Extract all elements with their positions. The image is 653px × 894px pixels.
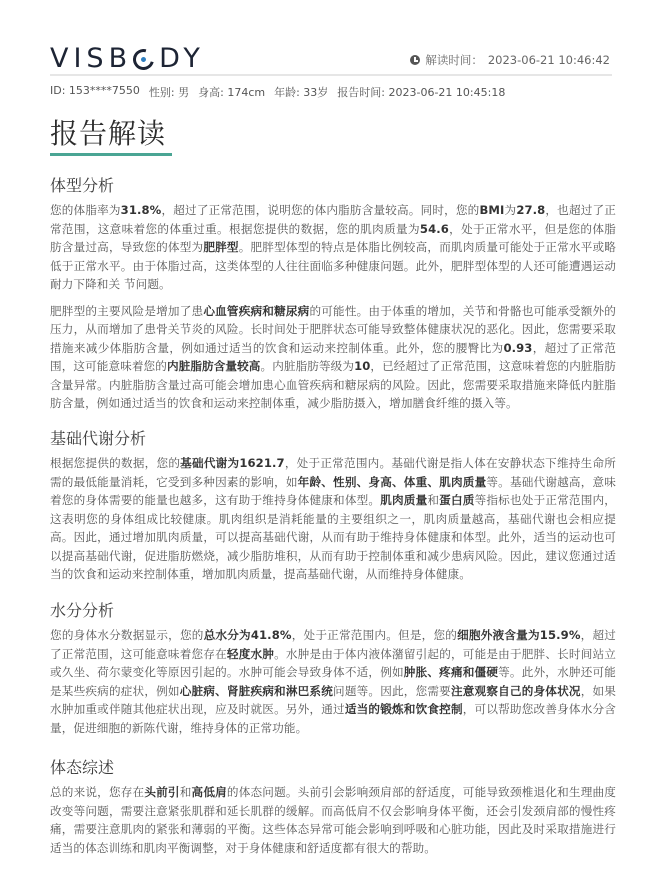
section-heading: 基础代谢分析 (50, 428, 616, 450)
logo-o-mark-icon (129, 45, 158, 74)
paragraph: 总的来说，您存在头前引和高低肩的体态问题。头前引会影响颈肩部的舒适度，可能导致颈… (50, 783, 616, 857)
highlight-text: 心血管疾病和糖尿病 (203, 304, 309, 318)
highlight-text: 轻度水肿 (227, 647, 274, 661)
user-age: 年龄: 33岁 (274, 84, 328, 100)
section-heading: 体态综述 (50, 757, 616, 779)
highlight-text: 适当的锻炼和饮食控制 (345, 702, 463, 716)
read-time-label: 解读时间： (425, 52, 483, 68)
logo-text-right: DY (159, 44, 205, 74)
highlight-text: 0.93 (503, 341, 532, 355)
visbody-logo: VISBDY (50, 44, 205, 74)
page-title-block: 报告解读 (50, 116, 172, 156)
user-gender: 性别: 男 (149, 84, 189, 100)
paragraph: 肥胖型的主要风险是增加了患心血管疾病和糖尿病的可能性。由于体重的增加，关节和骨骼… (50, 302, 616, 413)
highlight-text: BMI (479, 203, 504, 217)
highlight-text: 头前引 (144, 785, 179, 799)
section-heading: 水分分析 (50, 600, 616, 622)
highlight-text: 肿胀、疼痛和僵硬 (404, 665, 498, 679)
report-time: 报告时间: 2023-06-21 10:45:18 (337, 84, 505, 100)
user-meta: ID: 153****7550 性别: 男 身高: 174cm 年龄: 33岁 … (50, 84, 505, 100)
highlight-text: 肌肉质量 (380, 493, 427, 507)
header-divider (50, 74, 612, 76)
body-text: 您的体脂率为 (50, 203, 121, 217)
user-id: ID: 153****7550 (50, 84, 140, 100)
section-bmr: 基础代谢分析 根据您提供的数据，您的基础代谢为1621.7，处于正常范围内。基础… (50, 428, 616, 584)
body-text: 。内脏脂肪等级为 (261, 359, 355, 373)
highlight-text: 肥胖型 (203, 240, 238, 254)
body-text: ，超过了正常范围，说明您的体内脂肪含量较高。同时，您的 (161, 203, 479, 217)
user-height: 身高: 174cm (198, 84, 265, 100)
highlight-text: 内脏脂肪含量较高 (167, 359, 261, 373)
body-text: 肥胖型的主要风险是增加了患 (50, 304, 203, 318)
page-title: 报告解读 (50, 116, 172, 152)
body-text: 为 (504, 203, 516, 217)
highlight-text: 细胞外液含量为15.9% (457, 628, 580, 642)
highlight-text: 心脏病、肾脏疾病和淋巴系统 (180, 684, 333, 698)
paragraph: 您的身体水分数据显示，您的总水分为41.8%，处于正常范围内。但是，您的细胞外液… (50, 626, 616, 737)
paragraph: 根据您提供的数据，您的基础代谢为1621.7，处于正常范围内。基础代谢是指人体在… (50, 454, 616, 584)
body-text: 根据您提供的数据，您的 (50, 456, 180, 470)
read-time: 解读时间： 2023-06-21 10:46:42 (410, 52, 610, 68)
highlight-text: 10 (354, 359, 370, 373)
logo-text-left: VISB (50, 44, 132, 74)
report-header: VISBDY 解读时间： 2023-06-21 10:46:42 (50, 44, 610, 74)
highlight-text: 31.8% (121, 203, 162, 217)
highlight-text: 基础代谢为1621.7 (180, 456, 285, 470)
body-text: 总的来说，您存在 (50, 785, 144, 799)
body-text: 您的身体水分数据显示，您的 (50, 628, 204, 642)
title-underline (50, 153, 172, 156)
read-time-value: 2023-06-21 10:46:42 (488, 53, 610, 67)
highlight-text: 高低肩 (192, 785, 227, 799)
section-heading: 体型分析 (50, 175, 616, 197)
body-text: ，处于正常范围内。但是，您的 (292, 628, 458, 642)
highlight-text: 注意观察自己的身体状况 (451, 684, 581, 698)
highlight-text: 蛋白质 (439, 493, 474, 507)
highlight-text: 年龄、性别、身高、体重、肌肉质量 (298, 475, 487, 489)
section-water: 水分分析 您的身体水分数据显示，您的总水分为41.8%，处于正常范围内。但是，您… (50, 600, 616, 737)
body-text: 和 (180, 785, 192, 799)
section-posture: 体态综述 总的来说，您存在头前引和高低肩的体态问题。头前引会影响颈肩部的舒适度，… (50, 757, 616, 857)
highlight-text: 27.8 (516, 203, 545, 217)
paragraph: 您的体脂率为31.8%，超过了正常范围，说明您的体内脂肪含量较高。同时，您的BM… (50, 201, 616, 294)
clock-icon (410, 55, 420, 65)
body-text: 和 (427, 493, 439, 507)
report-page: VISBDY 解读时间： 2023-06-21 10:46:42 ID: 153… (0, 0, 653, 894)
body-text: 问题等。因此，您需要 (333, 684, 451, 698)
section-body-type: 体型分析 您的体脂率为31.8%，超过了正常范围，说明您的体内脂肪含量较高。同时… (50, 175, 616, 413)
highlight-text: 54.6 (420, 222, 449, 236)
highlight-text: 总水分为41.8% (204, 628, 292, 642)
